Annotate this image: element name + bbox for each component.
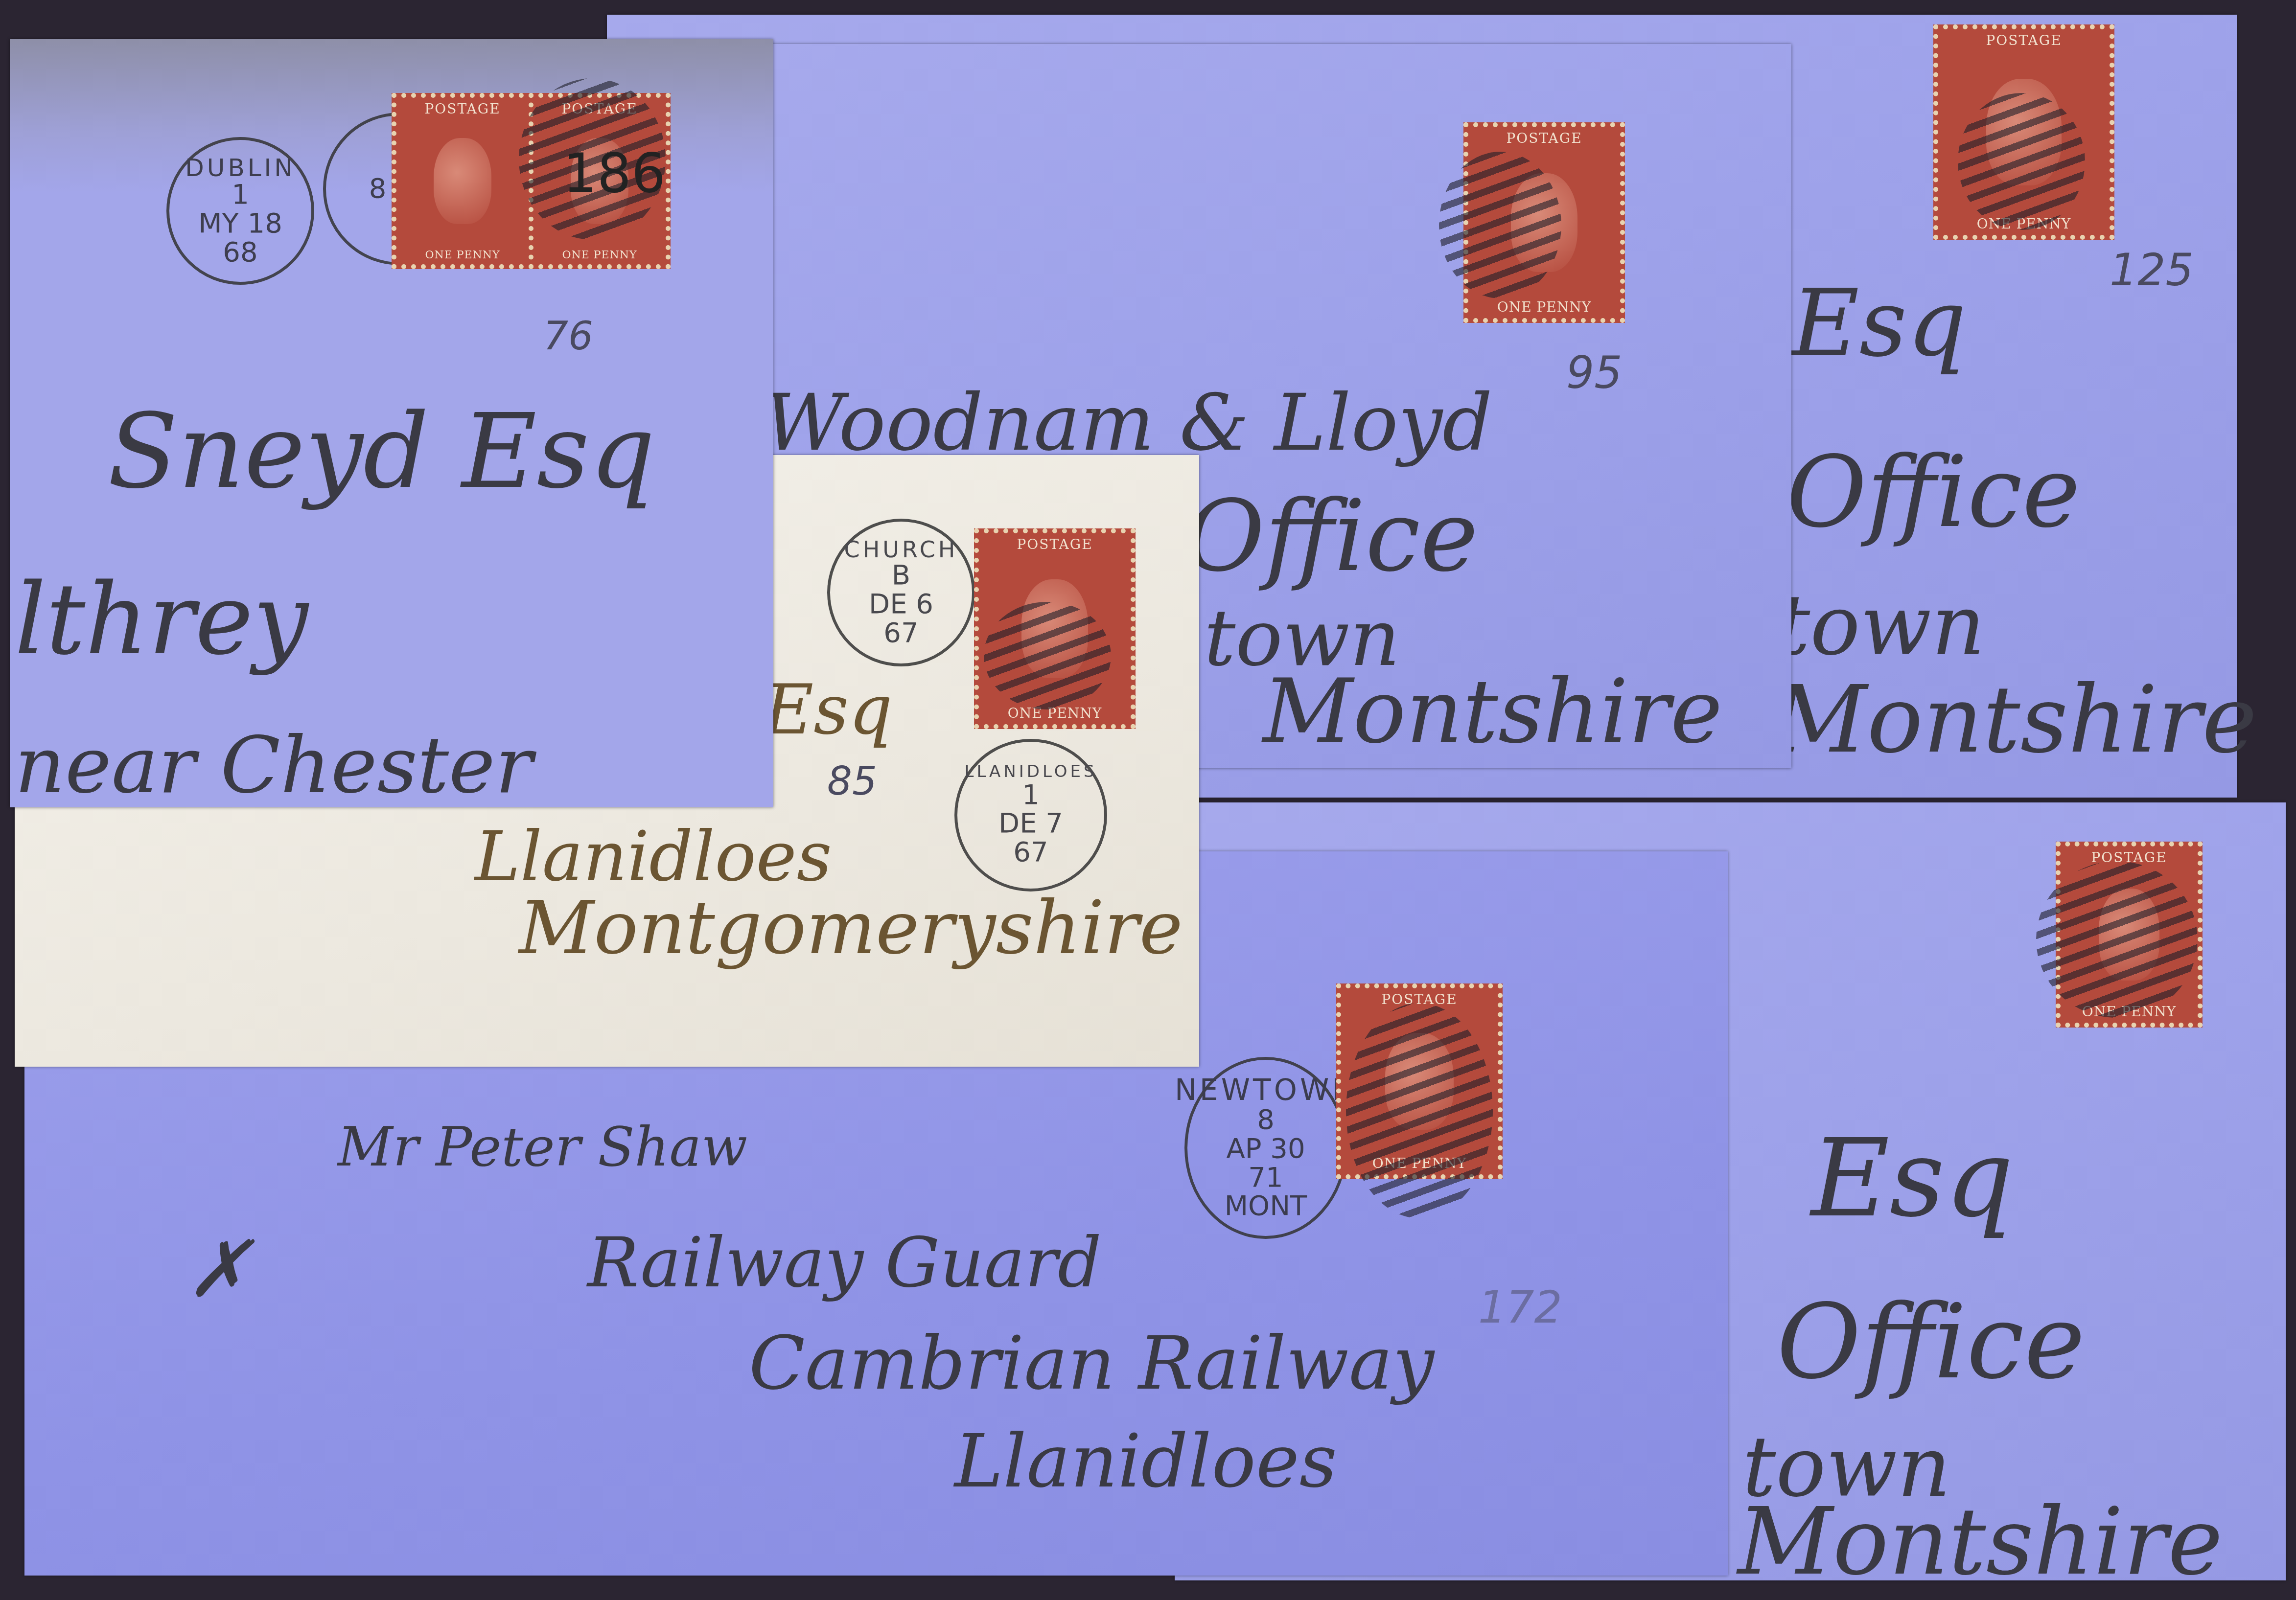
backing-board: POSTAGE ONE PENNY 125 Esq Office town Mo…	[0, 0, 2296, 1600]
address-line: Woodnam & Lloyd	[764, 377, 1493, 468]
address-line: Llanidloes	[475, 817, 832, 897]
address-line: Cambrian Railway	[749, 1321, 1434, 1406]
pencil-note: 95	[1566, 347, 1623, 399]
queen-portrait	[434, 138, 492, 225]
cancellation-mark	[1346, 1003, 1493, 1218]
llanidloes-postmark: LLANIDLOES 1 DE 7 67	[954, 739, 1107, 891]
address-line: Office	[1184, 480, 1478, 594]
address-line: Montshire	[1263, 661, 1722, 763]
pencil-note: 172	[1478, 1282, 1562, 1333]
cancellation-mark	[1958, 93, 2085, 230]
docket-scribble: ✗	[186, 1223, 252, 1315]
address-line: Mr Peter Shaw	[338, 1116, 747, 1178]
newtown-postmark: NEWTOWN 8 AP 30 71 MONT	[1184, 1057, 1347, 1239]
address-line: Montgomeryshire	[519, 886, 1183, 971]
stamp-penny-red: POSTAGE ONE PENNY	[392, 93, 533, 269]
address-line: Office	[1786, 435, 2080, 549]
address-line: Esq	[764, 670, 893, 750]
address-line: Esq	[1791, 269, 1967, 377]
address-line: near Chester	[15, 719, 533, 811]
cancellation-mark	[984, 602, 1111, 709]
address-line: Llanidloes	[954, 1419, 1337, 1504]
address-line: Office	[1777, 1282, 2085, 1402]
address-line: Montshire	[1772, 665, 2257, 774]
address-line: lthrey	[15, 563, 308, 677]
pencil-note: 76	[543, 313, 593, 359]
dublin-postmark: DUBLIN 1 MY 18 68	[166, 137, 314, 285]
address-line: town	[1777, 577, 1985, 674]
address-line: Sneyd Esq	[108, 391, 655, 511]
address-line: Esq	[1811, 1116, 2014, 1241]
cancellation-mark	[2036, 861, 2198, 1018]
cancellation-mark	[1439, 152, 1561, 298]
address-line: Montshire	[1738, 1487, 2223, 1596]
cover-dublin: DUBLIN 1 MY 18 68 8 68 POSTAGE ONE PENNY…	[10, 39, 773, 807]
pencil-note: 85	[827, 758, 877, 804]
church-postmark: CHURCH B DE 6 67	[827, 519, 975, 666]
address-line: Railway Guard	[587, 1223, 1102, 1303]
pencil-note: 125	[2110, 245, 2194, 296]
cancel-number: 186	[563, 142, 666, 205]
